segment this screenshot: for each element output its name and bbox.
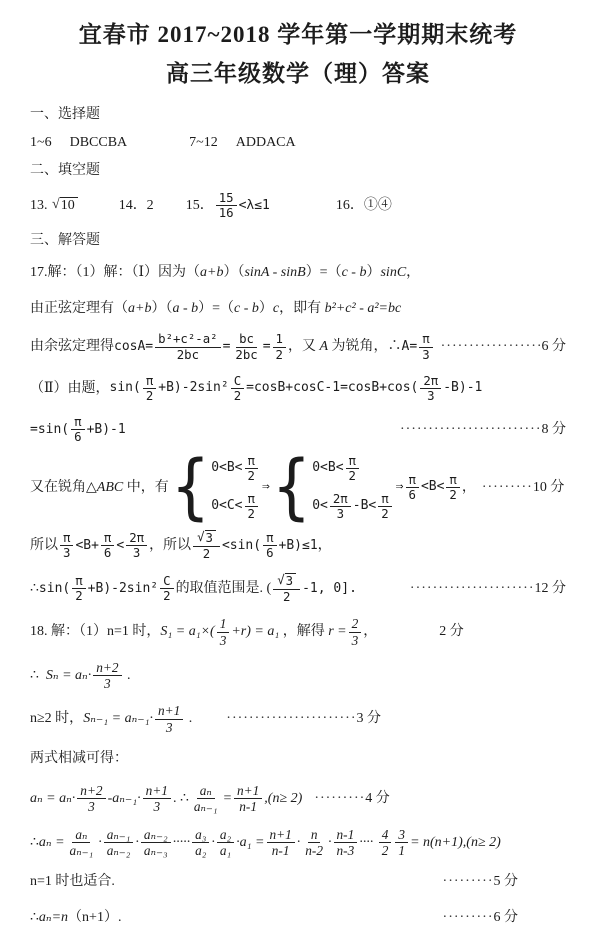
denominator: aₙ₋₂: [104, 843, 134, 858]
dot-leader: ·········: [482, 479, 533, 497]
math-text: ABC: [97, 479, 123, 497]
fraction: b²+c²-a²2bc: [155, 332, 220, 361]
fraction: aₙ₋₂aₙ₋₃: [141, 827, 171, 859]
text: （Ⅱ）由题，: [30, 380, 110, 398]
math-text: ·: [135, 834, 139, 852]
numerator: aₙ₋₁: [104, 827, 134, 843]
text: （n+1）.: [68, 909, 121, 927]
q18-line-5: aₙ = aₙ·n+23-aₙ₋₁·n+13. ∴aₙaₙ₋₁=n+1n-1,(…: [30, 777, 566, 821]
fraction: π3: [60, 531, 73, 560]
math-text: aₙ =: [39, 834, 65, 852]
formula-text: sin(: [110, 380, 141, 396]
denominator: 3: [419, 348, 432, 362]
text: 13.: [30, 197, 51, 215]
score-text: 6 分: [494, 909, 519, 927]
numerator: √3: [193, 530, 220, 547]
fraction: 31: [395, 827, 408, 859]
text: 1~6: [30, 134, 52, 152]
q18-line-3: n≥2 时，Sₙ₋₁ = aₙ₋₁·n+13 .················…: [30, 697, 566, 741]
fraction: π6: [263, 531, 276, 560]
text: ∴: [30, 667, 46, 685]
math-text: =: [223, 790, 232, 808]
fraction: a₃a₂: [192, 827, 209, 859]
q17-line-8: ∴sin(π2+B)-2sin²C2的取值范围是. (√32-1, 0].···…: [30, 567, 566, 610]
denominator: 3: [130, 546, 143, 560]
formula-text: =cosB+cosC-1=cosB+cos(: [246, 380, 418, 396]
math-text: a+b: [200, 264, 223, 282]
text: 15．: [186, 197, 214, 215]
formula-text: A=: [402, 339, 418, 355]
numerator: π: [101, 531, 114, 546]
fraction: n+23: [93, 660, 121, 692]
text: 所以: [30, 537, 58, 555]
denominator: 2bc: [174, 348, 202, 362]
score-text: 12 分: [535, 580, 567, 598]
score-text: 5 分: [494, 873, 519, 891]
denominator: 3: [163, 720, 176, 735]
denominator: 6: [406, 488, 419, 502]
fraction: 13: [217, 616, 230, 648]
math-text: r =: [328, 623, 346, 641]
dot-leader: ·········: [443, 909, 494, 927]
math-text: Sₙ₋₁ = aₙ₋₁·: [83, 710, 153, 728]
cases-rows: 0<B<π20<C<π2: [211, 454, 260, 522]
document-page: 宜春市 2017~2018 学年第一学期期末统考 高三年级数学（理）答案 一、选…: [0, 0, 592, 936]
numerator: π: [446, 473, 459, 488]
radicand: 10: [60, 197, 78, 215]
numerator: 2π: [330, 492, 351, 507]
fraction: π2: [72, 574, 85, 603]
denominator: 3: [217, 633, 230, 648]
denominator: 2: [245, 507, 258, 521]
fraction: π2: [245, 492, 258, 521]
text: ，: [318, 537, 332, 555]
denominator: 2: [143, 389, 156, 403]
denominator: n-1: [236, 799, 260, 814]
numerator: 4: [379, 827, 392, 843]
numerator: aₙ: [197, 783, 215, 799]
dot-leader: ·········: [314, 790, 365, 808]
text: ）（: [151, 300, 172, 318]
text: 一、选择题: [30, 106, 100, 124]
numerator: π: [245, 454, 258, 469]
text: 二、填空题: [30, 162, 100, 180]
denominator: 6: [263, 546, 276, 560]
formula-text: 0<B<: [211, 460, 242, 476]
denominator: 3: [424, 389, 437, 403]
cases-row: 0<C<π2: [211, 492, 260, 521]
numerator: π: [406, 473, 419, 488]
denominator: n-3: [334, 843, 358, 858]
numerator: aₙ₋₂: [141, 827, 171, 843]
fraction: n-1n-3: [334, 827, 358, 859]
denominator: 2: [378, 507, 391, 521]
text: DBCCBA: [70, 134, 128, 152]
numerator: b²+c²-a²: [155, 332, 220, 347]
formula-text: sin(: [39, 581, 70, 597]
denominator: n-2: [302, 843, 326, 858]
text: ∴: [30, 580, 39, 598]
dot-leader: ·······················: [226, 710, 356, 728]
formula-text: +B)-2sin²: [88, 581, 158, 597]
math-text: aₙ=n: [39, 909, 68, 927]
formula-text: +B)≤1: [279, 538, 318, 554]
denominator: 2: [379, 843, 392, 858]
numerator: π: [60, 531, 73, 546]
fraction: π6: [71, 415, 84, 444]
text: 由余弦定理得: [30, 338, 114, 356]
numerator: π: [245, 492, 258, 507]
math-text: S₁ = a₁×(: [160, 623, 214, 641]
q18-line-6: ∴aₙ =aₙaₙ₋₁·aₙ₋₁aₙ₋₂·aₙ₋₂aₙ₋₃·····a₃a₂·a…: [30, 821, 566, 865]
formula-text: -B<: [353, 498, 376, 514]
math-text: A: [319, 338, 328, 356]
denominator: 3: [60, 546, 73, 560]
denominator: aₙ₋₁: [191, 799, 221, 814]
score-text: 3 分: [357, 710, 382, 728]
fraction: √32: [273, 573, 300, 604]
denominator: n-1: [269, 843, 293, 858]
score-text: 10 分: [533, 479, 565, 497]
denominator: 2bc: [232, 348, 260, 362]
formula-text: -1, 0].: [302, 581, 357, 597]
fraction: 2π3: [330, 492, 351, 521]
brace-icon: {: [272, 454, 311, 522]
text: n≥2 时，: [30, 710, 83, 728]
dot-leader: ···························: [441, 338, 542, 356]
square-root: √3: [277, 573, 296, 589]
q17-line-3: 由余弦定理得cosA=b²+c²-a²2bc=bc2bc=12，又 A 为锐角，…: [30, 326, 566, 367]
radical-icon: √: [197, 530, 204, 546]
numerator: n+2: [93, 660, 121, 676]
text: ）: [259, 300, 273, 318]
denominator: 3: [101, 676, 114, 691]
text: ，: [363, 623, 377, 641]
radical-icon: √: [52, 197, 60, 215]
math-text: aₙ = aₙ·: [30, 790, 75, 808]
text: 16．①④: [336, 197, 392, 215]
fraction: 42: [379, 827, 392, 859]
math-text: ·····: [173, 834, 191, 852]
cases-row: 0<B<π2: [211, 454, 260, 483]
text: 7~12: [189, 134, 218, 152]
formula-text: cosA=: [114, 339, 153, 355]
formula-text: <: [116, 538, 124, 554]
denominator: 2: [200, 547, 213, 561]
square-root: √3: [197, 530, 216, 546]
fraction: π2: [245, 454, 258, 483]
math-text: = n(n+1),(n≥ 2): [410, 834, 501, 852]
denominator: aₙ₋₁: [67, 843, 97, 858]
numerator: 2π: [420, 374, 441, 389]
denominator: 2: [72, 589, 85, 603]
text: ，即有: [279, 300, 325, 318]
fraction: π2: [346, 454, 359, 483]
score-text: 4 分: [365, 790, 390, 808]
formula-text: <B<: [421, 479, 444, 495]
denominator: 6: [101, 546, 114, 560]
text: ，: [462, 479, 476, 497]
dot-leader: ·························: [400, 421, 542, 439]
text: 18. 解：（1）n=1 时，: [30, 623, 160, 641]
math-text: ·: [98, 834, 102, 852]
q18-line-2: ∴ Sₙ = aₙ·n+23 .: [30, 654, 566, 698]
section-choice-label: 一、选择题: [30, 101, 566, 129]
fraction: π2: [378, 492, 391, 521]
denominator: 3: [85, 799, 98, 814]
q17-line-6: 又在锐角△ABC 中，有{0<B<π20<C<π2⇒{0<B<π20<2π3-B…: [30, 451, 566, 525]
numerator: 15: [216, 191, 237, 206]
numerator: 1: [217, 616, 230, 632]
fraction: 2π3: [126, 531, 147, 560]
formula-text: -B)-1: [443, 380, 482, 396]
text: .: [185, 710, 192, 728]
q18-line-4: 两式相减可得：: [30, 741, 566, 777]
numerator: n+1: [155, 703, 183, 719]
numerator: n+1: [143, 783, 171, 799]
denominator: 3: [334, 507, 347, 521]
text: n=1 时也适合.: [30, 873, 115, 891]
text: 又在锐角△: [30, 479, 97, 497]
text: ，又: [288, 338, 320, 356]
q18-line-8: ∴aₙ=n（n+1）.·········6 分: [30, 900, 566, 936]
formula-text: 0<C<: [211, 498, 242, 514]
text: ，: [406, 264, 420, 282]
numerator: n: [308, 827, 321, 843]
fraction: bc2bc: [232, 332, 260, 361]
text: . ∴: [173, 790, 189, 808]
math-text: b²+c² - a²=bc: [325, 300, 402, 318]
denominator: aₙ₋₃: [141, 843, 171, 858]
fraction: 23: [349, 616, 362, 648]
math-text: ·: [328, 834, 332, 852]
math-text: ·: [297, 834, 301, 852]
math-text: ····: [359, 834, 377, 852]
denominator: 16: [216, 206, 237, 220]
score-text: 8 分: [542, 421, 567, 439]
numerator: a₃: [192, 827, 209, 843]
numerator: π: [419, 332, 432, 347]
formula-text: =: [263, 339, 271, 355]
numerator: π: [378, 492, 391, 507]
text: 两式相减可得：: [30, 750, 128, 768]
cases-row: 0<2π3-B<π2: [312, 492, 393, 521]
text: ADDACA: [236, 134, 296, 152]
numerator: n+1: [234, 783, 262, 799]
text: 为锐角，∴: [328, 338, 402, 356]
formula-text: ⇒: [396, 479, 404, 495]
q18-line-7: n=1 时也适合.·········5 分: [30, 864, 566, 900]
denominator: a₂: [192, 843, 209, 858]
formula-text: ⇒: [262, 479, 270, 495]
dot-leader: ·········: [443, 873, 494, 891]
numerator: aₙ: [72, 827, 90, 843]
formula-text: <B+: [75, 538, 98, 554]
math-text: Sₙ = aₙ·: [46, 667, 91, 685]
numerator: n-1: [334, 827, 358, 843]
denominator: 6: [71, 430, 84, 444]
fraction: 12: [273, 332, 286, 361]
fraction: aₙaₙ₋₁: [191, 783, 221, 815]
dot-leader: ······················: [410, 580, 535, 598]
math-text: a - b: [172, 300, 198, 318]
numerator: √3: [273, 573, 300, 590]
formula-text: =: [223, 339, 231, 355]
text: ）=（: [306, 264, 342, 282]
fraction: 2π3: [420, 374, 441, 403]
numerator: C: [231, 374, 244, 389]
numerator: 2: [349, 616, 362, 632]
text: 的取值范围是. (: [176, 580, 272, 598]
numerator: π: [263, 531, 276, 546]
fraction: n+23: [77, 783, 105, 815]
q17-line-1: 17.解：（1）解：（Ⅰ）因为（a+b）（sinA - sinB）=（c - b…: [30, 254, 566, 290]
cases-group: {0<B<π20<2π3-B<π2: [272, 454, 394, 522]
section-fill-label: 二、填空题: [30, 157, 566, 185]
q17-line-7: 所以π3<B+π6<2π3，所以√32<sin(π6+B)≤1，: [30, 524, 566, 567]
formula-text: =sin(: [30, 422, 69, 438]
denominator: 3: [349, 633, 362, 648]
numerator: n+2: [77, 783, 105, 799]
section-solve-label: 三、解答题: [30, 226, 566, 254]
radicand: 3: [205, 530, 216, 546]
denominator: 2: [346, 469, 359, 483]
radical-icon: √: [277, 573, 284, 589]
formula-text: +B)-1: [87, 422, 126, 438]
math-text: ·: [211, 834, 215, 852]
text: ∴: [30, 834, 39, 852]
q17-line-4: （Ⅱ）由题，sin(π2+B)-2sin²C2=cosB+cosC-1=cosB…: [30, 368, 566, 409]
numerator: π: [346, 454, 359, 469]
document-title-line2: 高三年级数学（理）答案: [30, 57, 566, 92]
formula-text: <λ≤1: [239, 198, 270, 214]
fill-answers: 13. √1014．215．1516<λ≤116．①④: [30, 185, 566, 226]
text: ）=（: [198, 300, 234, 318]
denominator: 2: [446, 488, 459, 502]
denominator: 2: [160, 589, 173, 603]
content: 一、选择题1~6DBCCBA7~12ADDACA二、填空题13. √1014．2…: [30, 101, 566, 936]
fraction: √32: [193, 530, 220, 561]
fraction: π2: [446, 473, 459, 502]
formula-text: +B)-2sin²: [158, 380, 228, 396]
math-text: -aₙ₋₁·: [108, 790, 141, 808]
score-text: 6 分: [542, 338, 567, 356]
fraction: C2: [160, 574, 173, 603]
denominator: 2: [231, 389, 244, 403]
denominator: a₁: [217, 843, 234, 858]
fraction: a₂a₁: [217, 827, 234, 859]
cases-rows: 0<B<π20<2π3-B<π2: [312, 454, 393, 522]
square-root: √10: [52, 197, 78, 215]
q18-line-1: 18. 解：（1）n=1 时，S₁ = a₁×(13+r) = a₁ ，解得 r…: [30, 610, 566, 654]
denominator: 2: [273, 348, 286, 362]
text: ∴: [30, 909, 39, 927]
formula-text: 0<B<: [312, 460, 343, 476]
fraction: C2: [231, 374, 244, 403]
fraction: aₙ₋₁aₙ₋₂: [104, 827, 134, 859]
numerator: C: [160, 574, 173, 589]
denominator: 1: [395, 843, 408, 858]
numerator: bc: [236, 332, 257, 347]
numerator: 1: [273, 332, 286, 347]
text: ）: [366, 264, 380, 282]
math-text: +r) = a₁: [231, 623, 279, 641]
q17-line-2: 由正弦定理有（a+b）（a - b）=（c - b）c，即有 b²+c² - a…: [30, 290, 566, 326]
fraction: π6: [406, 473, 419, 502]
math-text: sinA - sinB: [244, 264, 305, 282]
fraction: n+1n-1: [234, 783, 262, 815]
math-text: ,(n≥ 2): [264, 790, 302, 808]
math-text: ·a₁ =: [236, 834, 264, 852]
fraction: π3: [419, 332, 432, 361]
fraction: π6: [101, 531, 114, 560]
formula-text: 0<: [312, 498, 328, 514]
radicand: 3: [285, 573, 296, 589]
fraction: nn-2: [302, 827, 326, 859]
numerator: a₂: [217, 827, 234, 843]
numerator: π: [72, 574, 85, 589]
document-title-line1: 宜春市 2017~2018 学年第一学期期末统考: [30, 18, 566, 53]
text: ，解得: [279, 623, 328, 641]
fraction: π2: [143, 374, 156, 403]
text: ）（: [223, 264, 244, 282]
score-text: 2 分: [439, 623, 464, 641]
denominator: 3: [150, 799, 163, 814]
denominator: 2: [245, 469, 258, 483]
numerator: n+1: [267, 827, 295, 843]
fraction: n+1n-1: [267, 827, 295, 859]
formula-text: <sin(: [222, 538, 261, 554]
numerator: π: [143, 374, 156, 389]
text: 三、解答题: [30, 232, 100, 250]
brace-icon: {: [171, 454, 210, 522]
math-text: c - b: [234, 300, 259, 318]
fraction: 1516: [216, 191, 237, 220]
fraction: n+13: [155, 703, 183, 735]
numerator: π: [71, 415, 84, 430]
text: 17.解：（1）解：（Ⅰ）因为（: [30, 264, 200, 282]
numerator: 2π: [126, 531, 147, 546]
math-text: sinC: [380, 264, 406, 282]
denominator: 2: [280, 590, 293, 604]
text: 14．2: [119, 197, 154, 215]
cases-row: 0<B<π2: [312, 454, 393, 483]
text: ，所以: [149, 537, 191, 555]
math-text: a+b: [128, 300, 151, 318]
fraction: n+13: [143, 783, 171, 815]
cases-group: {0<B<π20<C<π2: [171, 454, 260, 522]
choice-answers: 1~6DBCCBA7~12ADDACA: [30, 129, 566, 157]
numerator: 3: [395, 827, 408, 843]
math-text: c - b: [342, 264, 367, 282]
text: 中，有: [123, 479, 169, 497]
text: .: [124, 667, 131, 685]
text: 由正弦定理有（: [30, 300, 128, 318]
fraction: aₙaₙ₋₁: [67, 827, 97, 859]
